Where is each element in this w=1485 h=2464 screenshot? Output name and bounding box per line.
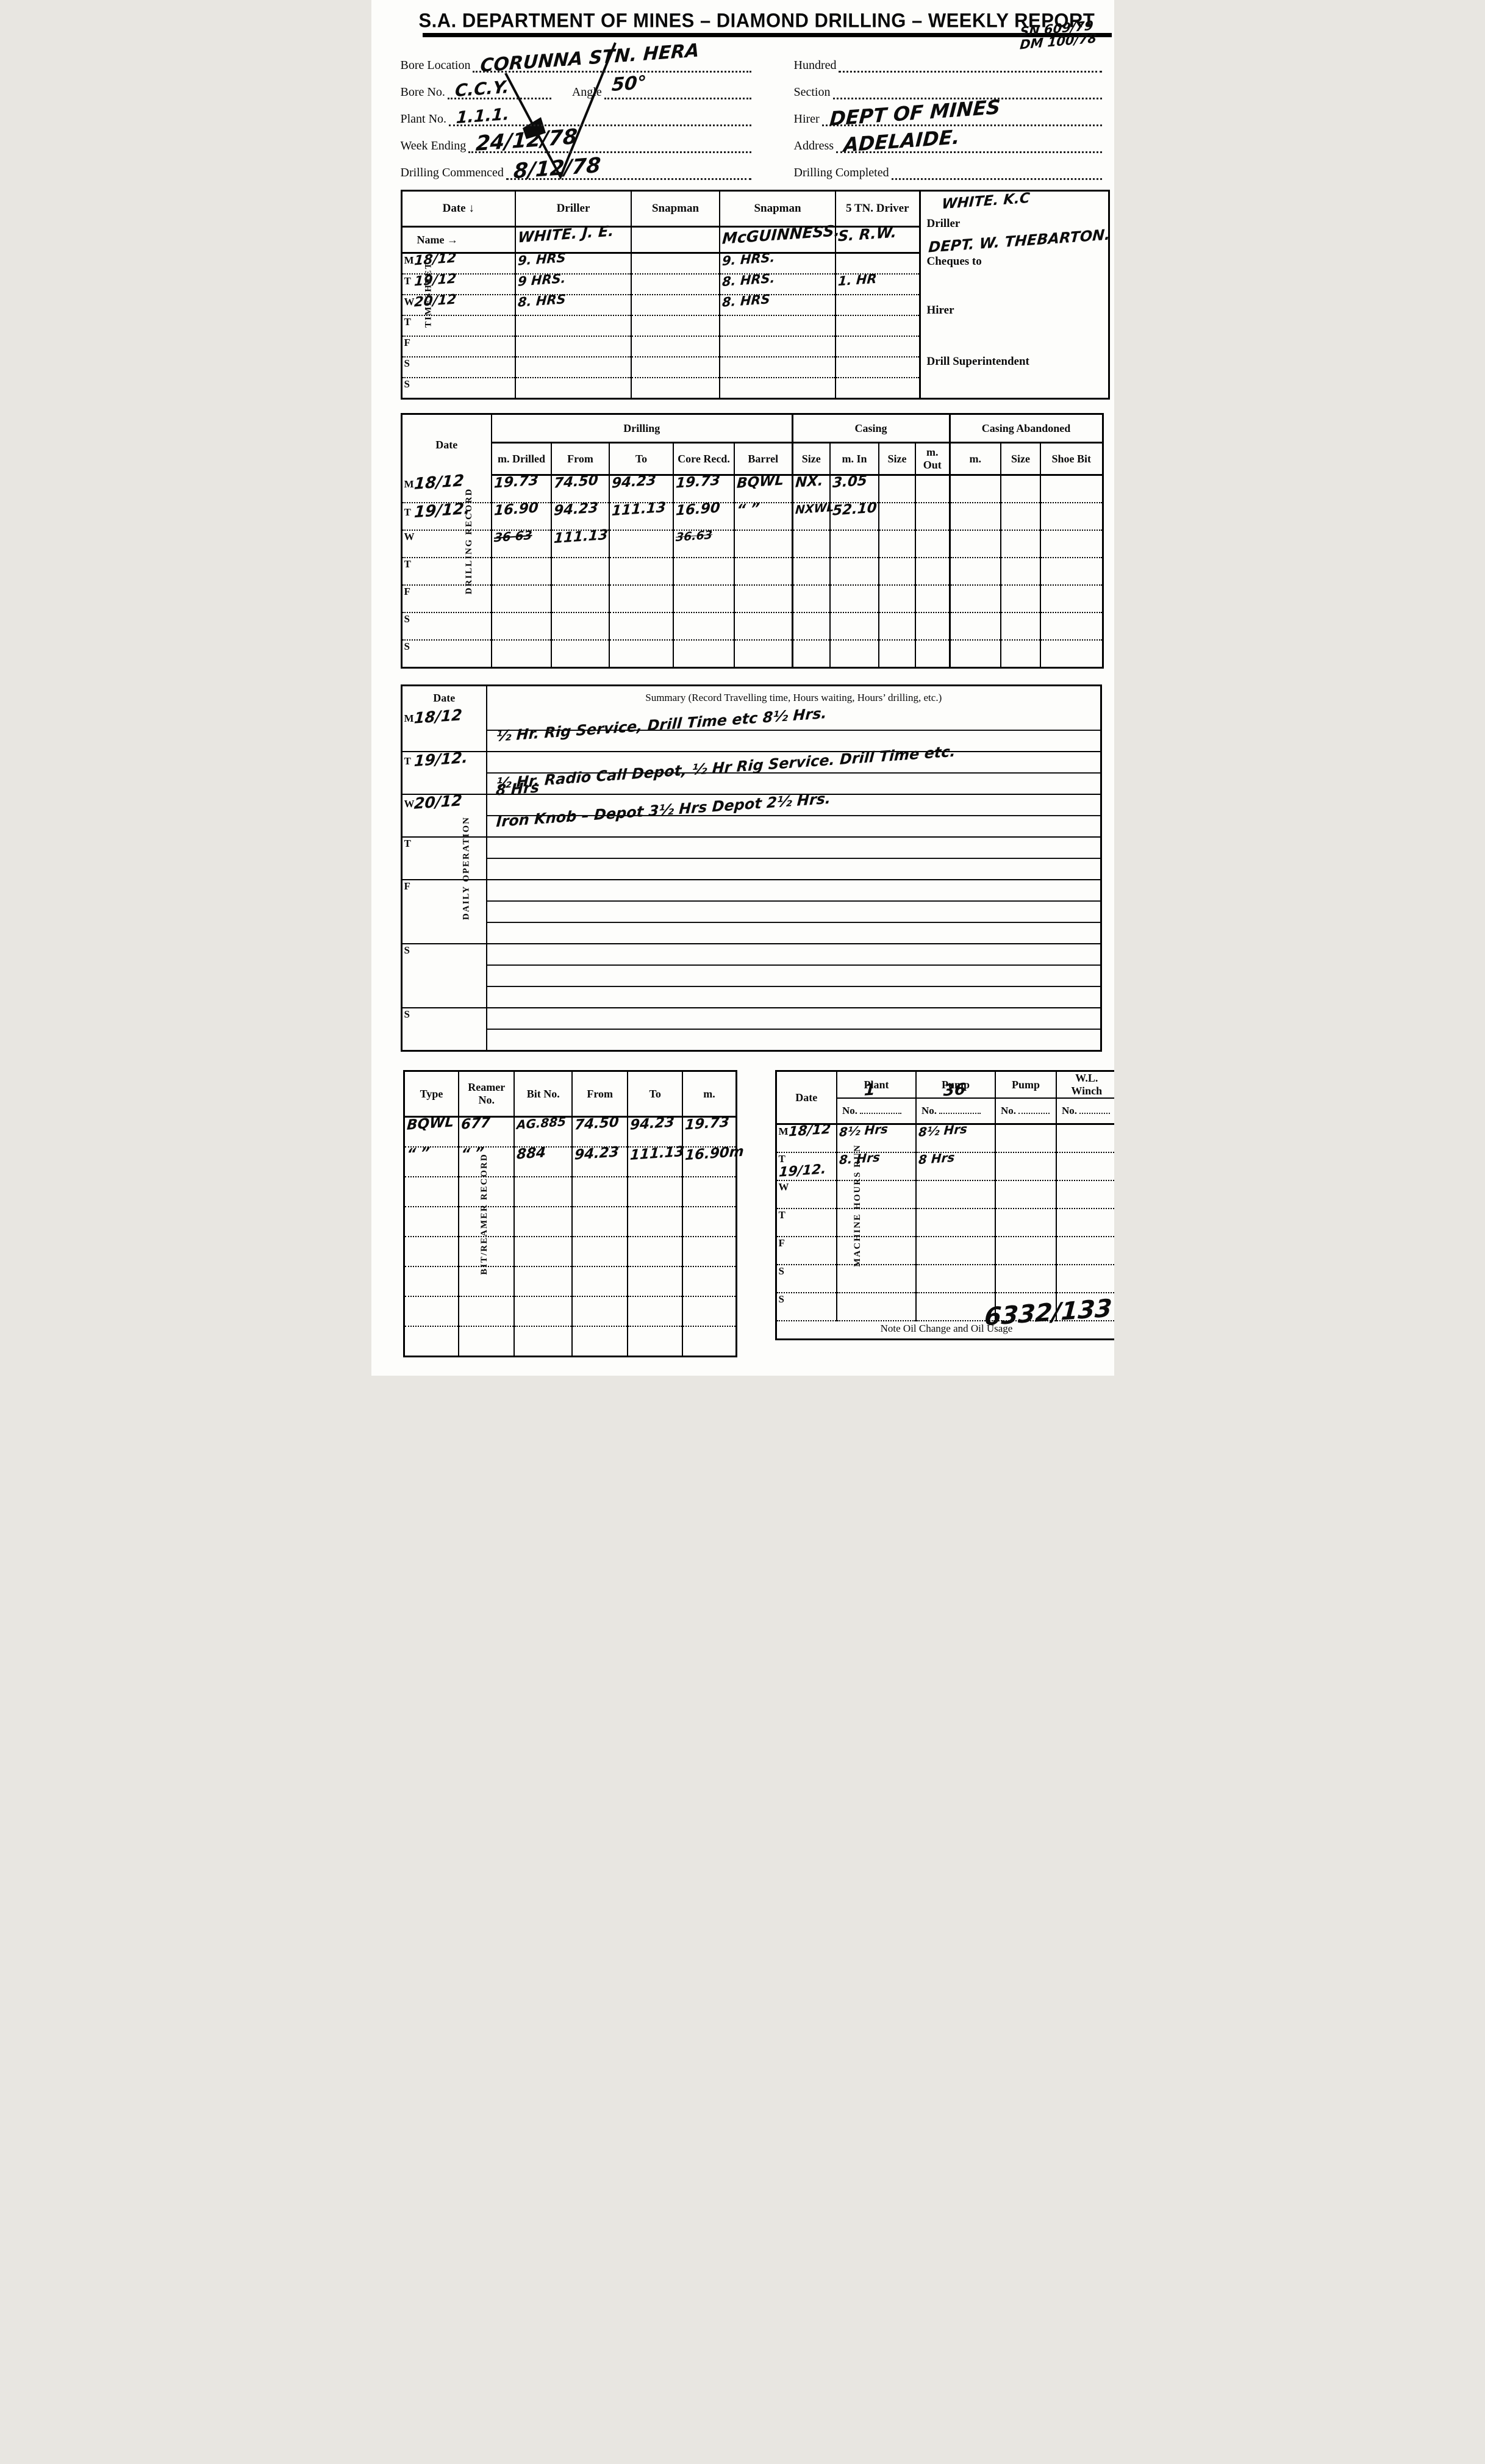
daily-row-tue: T19/12. ½ Hr. Radio Call Depot, ½ Hr Rig…	[401, 752, 1101, 794]
timesheet-header-row: Date ↓ Driller Snapman Snapman 5 TN. Dri…	[401, 191, 920, 227]
day-letter: M	[404, 254, 414, 267]
barrel-value: BQWL	[736, 474, 784, 490]
core-recd-value: 19.73	[675, 474, 720, 490]
drilling-col-to: To	[609, 443, 673, 475]
hundred-line	[839, 55, 1101, 73]
driller-signature: WHITE. K.C	[941, 192, 1030, 212]
bit-no-value: 884	[516, 1146, 546, 1162]
field-hirer: Hirer DEPT OF MINES	[794, 99, 1102, 126]
week-ending-line: 24/12/78	[468, 135, 751, 153]
date-value: 18/12	[788, 1124, 831, 1140]
drilling-col-m: m.	[950, 443, 1001, 475]
date-value: 18/12	[413, 473, 464, 492]
pump1-hours: 8 Hrs	[918, 1152, 955, 1166]
hirer-line: DEPT OF MINES	[822, 109, 1102, 126]
from-value: 94.23	[553, 501, 598, 518]
summary-line	[487, 838, 1100, 859]
header-fields-left: Bore Location CORUNNA STN. HERA Bore No.…	[401, 46, 751, 180]
bit-reamer-row	[404, 1207, 736, 1237]
m-in-value: 52.10	[832, 501, 877, 518]
day-letter: M	[779, 1126, 789, 1138]
day-letter: M	[404, 713, 414, 725]
m-in-value: 3.05	[832, 475, 867, 490]
driver-hours: 1. HR	[837, 273, 877, 289]
day-letter: F	[404, 880, 414, 893]
day-letter: F	[779, 1237, 789, 1249]
no-label: No.	[1001, 1105, 1016, 1116]
daily-row-mon: M18/12 ½ Hr. Rig Service, Drill Time etc…	[401, 709, 1101, 752]
drilling-col-date: Date	[401, 414, 492, 475]
address-value: ADELAIDE.	[843, 128, 961, 154]
no-label: No.	[1062, 1105, 1077, 1116]
bore-location-line: CORUNNA STN. HERA	[473, 55, 751, 73]
summary-line: ½ Hr. Rig Service, Drill Time etc 8½ Hrs…	[487, 709, 1100, 731]
field-drilling-commenced: Drilling Commenced 8/12/78	[401, 153, 751, 180]
day-letter: W	[404, 798, 414, 810]
drilling-col-size3: Size	[1001, 443, 1040, 475]
bit-reamer-row	[404, 1177, 736, 1207]
machine-row-thu: T	[776, 1209, 1114, 1237]
pump2-no-cell: No.	[995, 1098, 1056, 1124]
plant-hours: 8½ Hrs	[839, 1123, 888, 1138]
field-hundred: Hundred	[794, 46, 1102, 73]
plant-hours: 8. Hrs	[839, 1152, 880, 1166]
bit-reamer-col-m: m.	[682, 1071, 736, 1117]
daily-row-wed: W20/12 Iron Knob – Depot 3½ Hrs Depot 2½…	[401, 794, 1101, 837]
driller-hours: 8. HRS	[517, 293, 566, 309]
timesheet-name-snapman2: McGUINNESS.	[720, 227, 836, 253]
from-value: 111.13	[553, 529, 608, 546]
summary-line	[487, 902, 1100, 923]
m-value: 19.73	[685, 1116, 730, 1132]
panel-hirer-label: Hirer	[927, 304, 1102, 317]
day-letter: T	[779, 1209, 789, 1221]
to-value: 94.23	[629, 1116, 675, 1132]
summary-line	[487, 966, 1100, 987]
winch-no-cell: No.	[1056, 1098, 1114, 1124]
day-letter: S	[404, 378, 414, 390]
day-letter: T	[779, 1153, 789, 1165]
day-letter: M	[404, 478, 414, 490]
panel-superintendent-label: Drill Superintendent	[927, 355, 1102, 368]
snapman2-hours: 9. HRS.	[721, 252, 775, 268]
weekly-report-form: S.A. DEPARTMENT OF MINES – DIAMOND DRILL…	[371, 0, 1114, 1376]
section-line	[833, 82, 1102, 99]
summary-line	[487, 1008, 1100, 1030]
bore-no-line: C.C.Y.	[448, 82, 551, 99]
bore-location-value: CORUNNA STN. HERA	[480, 42, 700, 75]
bit-reamer-col-to: To	[628, 1071, 682, 1117]
summary-line: ½ Hr. Radio Call Depot, ½ Hr Rig Service…	[487, 752, 1100, 774]
day-letter: S	[404, 1008, 414, 1021]
machine-hours-section: MACHINE HOURS RUN Date Plant Pump Pump W…	[775, 1070, 1114, 1340]
no-dotted-line	[1079, 1113, 1110, 1114]
no-label: No.	[842, 1105, 857, 1116]
angle-label: Angle	[572, 85, 604, 99]
plant-no-value: 1.1.1.	[456, 107, 510, 126]
core-recd-total: 36.63	[675, 530, 712, 543]
date-value: 20/12	[413, 793, 462, 811]
daily-operation-section: DAILY OPERATION Date Summary (Record Tra…	[401, 684, 1102, 1052]
timesheet-col-snapman1: Snapman	[631, 191, 720, 227]
drilling-completed-line	[892, 162, 1102, 180]
angle-line: 50°	[604, 82, 751, 99]
timesheet-col-snapman2: Snapman	[720, 191, 836, 227]
bit-reamer-row: “ ” “ ” 884 94.23 111.13 16.90m	[404, 1147, 736, 1177]
summary-line	[487, 1030, 1100, 1050]
machine-col-winch: W.L. Winch	[1056, 1071, 1114, 1099]
bit-reamer-header-row: Type Reamer No. Bit No. From To m.	[404, 1071, 736, 1117]
to-value: 111.13	[611, 501, 666, 519]
pump1-no-handwritten: 36	[943, 1082, 966, 1099]
week-ending-label: Week Ending	[401, 139, 469, 153]
driller-hours: 9 HRS.	[517, 273, 566, 289]
day-letter: W	[404, 531, 414, 543]
timesheet-name-driller: WHITE. J. E.	[515, 227, 631, 253]
timesheet-name-snapman1	[631, 227, 720, 253]
snapman2-hours: 8. HRS	[721, 293, 770, 309]
bit-reamer-row	[404, 1326, 736, 1357]
driver-name-value: S. R.W.	[837, 226, 897, 244]
field-drilling-completed: Drilling Completed	[794, 153, 1102, 180]
timesheet-table: Date ↓ Driller Snapman Snapman 5 TN. Dri…	[401, 190, 921, 400]
machine-row-wed: W	[776, 1180, 1114, 1209]
day-letter: W	[779, 1181, 789, 1193]
reamer-no-value: 677	[461, 1116, 491, 1132]
day-letter: S	[404, 944, 414, 957]
summary-line	[487, 880, 1100, 902]
drilling-commenced-label: Drilling Commenced	[401, 166, 506, 180]
summary-line	[487, 816, 1100, 836]
header-fields: Bore Location CORUNNA STN. HERA Bore No.…	[401, 46, 1102, 180]
timesheet-row-sun: S	[401, 378, 920, 399]
day-letter: T	[404, 558, 414, 570]
reamer-label-line1: Reamer	[461, 1081, 511, 1094]
day-letter: W	[404, 296, 414, 308]
field-address: Address ADELAIDE.	[794, 126, 1102, 153]
summary-line: 8 Hrs	[487, 774, 1100, 794]
daily-operation-table: Date Summary (Record Travelling time, Ho…	[401, 684, 1102, 1052]
day-letter: S	[404, 641, 414, 653]
hundred-label: Hundred	[794, 59, 839, 73]
timesheet-col-driller: Driller	[515, 191, 631, 227]
header-fields-right: Hundred Section Hirer DEPT OF MINES Addr…	[751, 46, 1102, 180]
day-letter: F	[404, 586, 414, 598]
to-value: 94.23	[611, 474, 656, 490]
machine-row-sat: S	[776, 1265, 1114, 1293]
drilling-row-sun: S	[401, 640, 1103, 668]
timesheet-col-date: Date ↓	[401, 191, 515, 227]
day-letter: S	[404, 613, 414, 625]
field-week-ending: Week Ending 24/12/78	[401, 126, 751, 153]
daily-col-date: Date	[401, 686, 487, 710]
address-line: ADELAIDE.	[836, 135, 1101, 153]
daily-row-sat: S	[401, 944, 1101, 1008]
form-header: S.A. DEPARTMENT OF MINES – DIAMOND DRILL…	[419, 10, 1102, 32]
pump1-no-cell: No. 36	[916, 1098, 995, 1124]
timesheet-row-sat: S	[401, 357, 920, 378]
m-drilled-total: 36 63	[493, 530, 532, 544]
bit-reamer-col-type: Type	[404, 1071, 459, 1117]
machine-col-plant: Plant	[837, 1071, 916, 1099]
drilling-record-section: DRILLING RECORD Date Drilling Casing Cas…	[401, 413, 1102, 669]
panel-cheques-label: Cheques to	[927, 255, 1102, 268]
bore-no-label: Bore No.	[401, 85, 448, 99]
bit-no-value: AG.885	[516, 1116, 566, 1131]
date-value: 19/12.	[413, 750, 468, 769]
day-letter: S	[779, 1265, 789, 1277]
drilling-col-shoe: Shoe Bit	[1040, 443, 1103, 475]
angle-value: 50°	[611, 74, 647, 94]
timesheet-name-label: Name →	[401, 227, 515, 253]
day-letter: T	[404, 506, 414, 519]
bit-reamer-section-label: BIT/REAMER RECORD	[479, 1153, 489, 1274]
snapman2-hours: 8. HRS.	[721, 273, 775, 289]
drilling-sub-header-row: m. Drilled From To Core Recd. Barrel Siz…	[401, 443, 1103, 475]
section-label: Section	[794, 85, 833, 99]
drilling-col-barrel: Barrel	[734, 443, 792, 475]
drilling-completed-label: Drilling Completed	[794, 166, 892, 180]
drilling-col-m-in: m. In	[830, 443, 879, 475]
timesheet-row-wed: W20/12 8. HRS 8. HRS	[401, 295, 920, 315]
daily-col-summary: Summary (Record Travelling time, Hours w…	[487, 686, 1101, 710]
drilling-col-m-out: m. Out	[915, 443, 950, 475]
from-value: 94.23	[574, 1146, 620, 1162]
bore-no-value: C.C.Y.	[454, 79, 509, 99]
field-bore-location: Bore Location CORUNNA STN. HERA	[401, 46, 751, 73]
reference-numbers: SN 609/79 DM 100/78	[1020, 23, 1097, 49]
summary-line: Iron Knob – Depot 3½ Hrs Depot 2½ Hrs.	[487, 795, 1100, 816]
bit-reamer-row	[404, 1296, 736, 1326]
drilling-commenced-line: 8/12/78	[506, 162, 751, 180]
date-value: 19/12.	[778, 1163, 826, 1179]
day-letter: T	[404, 316, 414, 328]
m-drilled-value: 19.73	[493, 474, 539, 490]
summary-line	[487, 944, 1100, 966]
summary-line	[487, 923, 1100, 943]
timesheet-section: TIMESHEET Date ↓ Driller Snapman Snapman…	[401, 190, 1102, 400]
daily-row-thu: T	[401, 837, 1101, 880]
timesheet-name-row: Name → WHITE. J. E. McGUINNESS. S. R.W.	[401, 227, 920, 253]
to-value: 111.13	[629, 1146, 684, 1163]
from-value: 74.50	[574, 1116, 620, 1132]
bit-reamer-col-from: From	[572, 1071, 627, 1117]
drilling-row-sat: S	[401, 612, 1103, 640]
casing-size-value: NX.	[795, 475, 823, 490]
bit-reamer-row: BQWL 677 AG.885 74.50 94.23 19.73	[404, 1117, 736, 1148]
drilling-col-core: Core Recd.	[673, 443, 734, 475]
machine-row-tue: T19/12. 8. Hrs 8 Hrs	[776, 1152, 1114, 1180]
no-dotted-line	[1018, 1113, 1049, 1114]
hirer-value: DEPT OF MINES	[829, 98, 1001, 128]
address-label: Address	[794, 139, 837, 153]
bit-reamer-section: BIT/REAMER RECORD Type Reamer No. Bit No…	[403, 1070, 737, 1357]
machine-row-fri: F	[776, 1237, 1114, 1265]
bit-reamer-row	[404, 1237, 736, 1266]
daily-row-sun: S	[401, 1008, 1101, 1051]
date-value: 20/12	[413, 294, 457, 310]
type-value: “ ”	[406, 1147, 430, 1162]
pump1-hours: 8½ Hrs	[918, 1123, 967, 1138]
plant-no-cell: No. 1	[837, 1098, 916, 1124]
week-ending-value: 24/12/78	[475, 127, 578, 154]
plant-no-line: 1.1.1.	[449, 109, 751, 126]
snapman2-name-value: McGUINNESS.	[721, 223, 840, 246]
driller-name-value: WHITE. J. E.	[517, 224, 614, 245]
bottom-tables: BIT/REAMER RECORD Type Reamer No. Bit No…	[401, 1070, 1102, 1357]
from-value: 74.50	[553, 474, 598, 490]
drilling-row-wed: W 36 63 111.13 36.63	[401, 530, 1103, 558]
date-value: 19/12	[413, 273, 457, 289]
casing-size-value: NXWL	[795, 502, 834, 516]
form-title: S.A. DEPARTMENT OF MINES – DIAMOND DRILL…	[419, 9, 1095, 32]
timesheet-name-driver: S. R.W.	[836, 227, 920, 253]
drilling-record-table: Date Drilling Casing Casing Abandoned m.…	[401, 413, 1104, 669]
summary-line	[487, 731, 1100, 751]
date-value: 18/12	[413, 708, 462, 725]
machine-col-date: Date	[776, 1071, 837, 1124]
drilling-row-thu: T	[401, 558, 1103, 585]
timesheet-col-driver: 5 TN. Driver	[836, 191, 920, 227]
title-underline	[423, 33, 1112, 37]
day-letter: T	[404, 838, 414, 850]
date-value: 18/12	[413, 253, 457, 268]
bit-reamer-col-reamer: Reamer No.	[459, 1071, 513, 1117]
hirer-label: Hirer	[794, 112, 822, 126]
timesheet-row-mon: M18/12 9. HRS 9. HRS.	[401, 253, 920, 275]
summary-line	[487, 987, 1100, 1007]
no-label: No.	[921, 1105, 937, 1116]
no-dotted-line	[860, 1113, 901, 1114]
timesheet-signature-panel: WHITE. K.C Driller DEPT. W. THEBARTON. C…	[921, 190, 1110, 400]
daily-header-row: Date Summary (Record Travelling time, Ho…	[401, 686, 1101, 710]
drilling-row-fri: F	[401, 585, 1103, 612]
bit-reamer-table: Type Reamer No. Bit No. From To m. BQWL	[403, 1070, 737, 1357]
driller-hours: 9. HRS	[517, 252, 566, 268]
timesheet-row-tue: T19/12 9 HRS. 8. HRS. 1. HR	[401, 274, 920, 295]
day-letter: S	[404, 357, 414, 370]
reamer-no-value: “ ”	[461, 1147, 485, 1162]
bore-location-label: Bore Location	[401, 59, 473, 73]
field-plant-no: Plant No. 1.1.1.	[401, 99, 751, 126]
reamer-label-line2: No.	[461, 1094, 511, 1107]
drilling-col-m-drilled: m. Drilled	[492, 443, 551, 475]
drilling-row-tue: T19/12. 16.90 94.23 111.13 16.90 “ ” NXW…	[401, 503, 1103, 530]
field-section: Section	[794, 73, 1102, 99]
drilling-group-abandoned: Casing Abandoned	[950, 414, 1103, 443]
day-letter: S	[779, 1293, 789, 1306]
plant-no-handwritten: 1	[864, 1082, 876, 1098]
drilling-col-size2: Size	[879, 443, 915, 475]
day-letter: T	[404, 275, 414, 287]
barrel-value: “ ”	[736, 503, 760, 518]
timesheet-row-thu: T	[401, 315, 920, 336]
date-value: 19/12.	[413, 501, 470, 520]
drilling-commenced-value: 8/12/78	[513, 156, 601, 182]
daily-row-fri: F	[401, 880, 1101, 944]
cheques-to-value: DEPT. W. THEBARTON.	[928, 228, 1111, 254]
drilling-col-from: From	[551, 443, 609, 475]
drilling-group-header-row: Date Drilling Casing Casing Abandoned	[401, 414, 1103, 443]
drilling-group-casing: Casing	[792, 414, 950, 443]
timesheet-row-fri: F	[401, 336, 920, 357]
machine-row-mon: M18/12 8½ Hrs 8½ Hrs	[776, 1124, 1114, 1153]
day-letter: F	[404, 337, 414, 349]
drilling-col-size1: Size	[792, 443, 830, 475]
no-dotted-line	[939, 1113, 981, 1114]
drilling-group-drilling: Drilling	[492, 414, 792, 443]
day-letter: T	[404, 755, 414, 767]
m-value: 16.90m	[685, 1146, 745, 1163]
bit-reamer-row	[404, 1266, 736, 1296]
summary-line	[487, 859, 1100, 879]
bit-reamer-col-bit: Bit No.	[514, 1071, 573, 1117]
m-drilled-value: 16.90	[493, 501, 539, 518]
type-value: BQWL	[406, 1116, 454, 1132]
plant-no-label: Plant No.	[401, 112, 449, 126]
machine-col-pump2: Pump	[995, 1071, 1056, 1099]
drilling-row-mon: M18/12 19.73 74.50 94.23 19.73 BQWL NX. …	[401, 475, 1103, 503]
field-bore-no: Bore No. C.C.Y. Angle 50°	[401, 73, 751, 99]
core-recd-value: 16.90	[675, 501, 720, 518]
